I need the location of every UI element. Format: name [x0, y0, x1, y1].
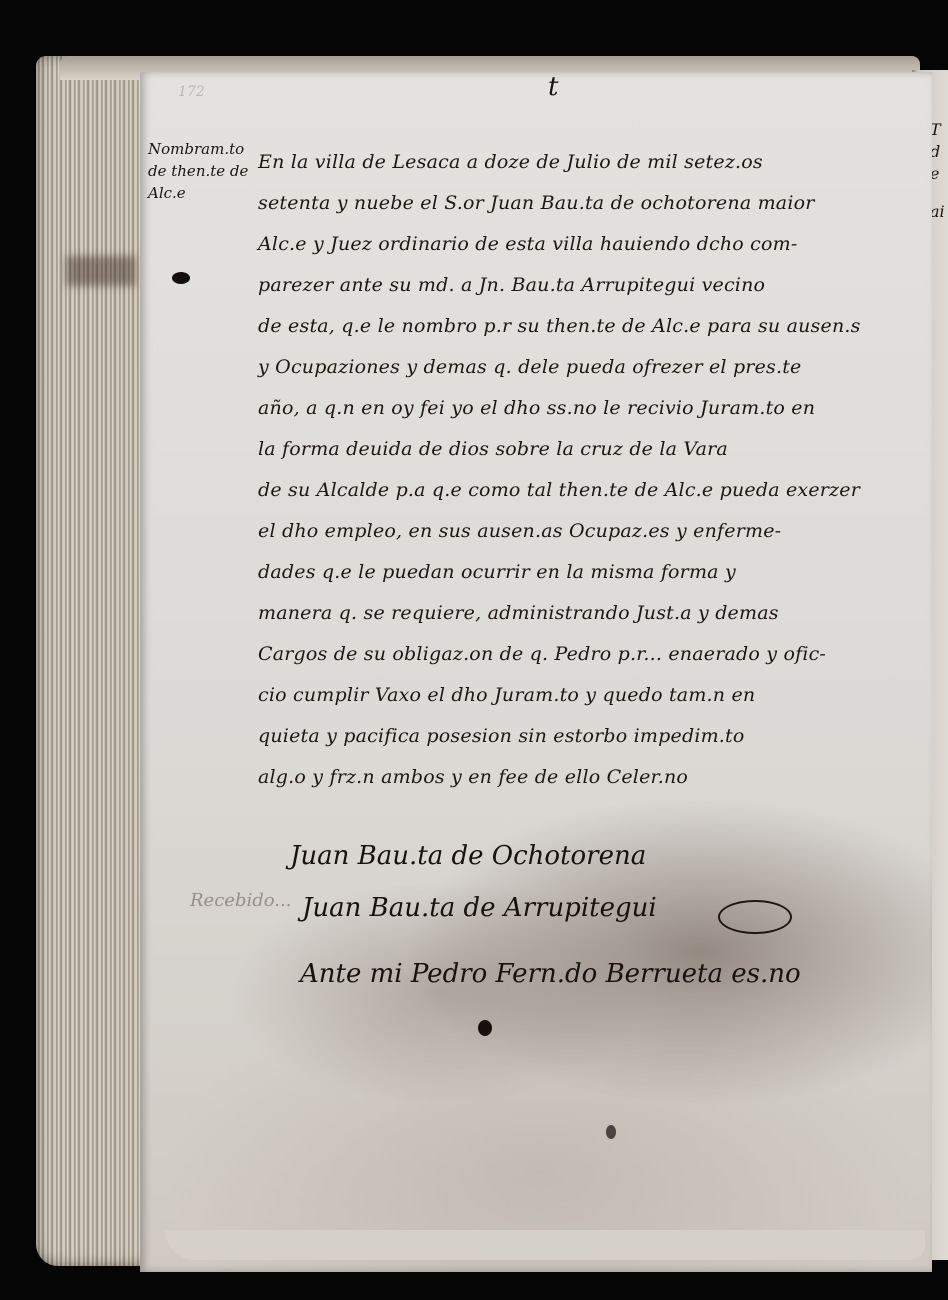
book-page-edges: [36, 56, 156, 1266]
text-line: Cargos de su obligaz.on de q. Pedro p.r.…: [258, 634, 898, 675]
signature-alcalde: Juan Bau.ta de Ochotorena: [290, 830, 850, 882]
text-line: quieta y pacifica posesion sin estorbo i…: [258, 716, 898, 757]
text-line: En la villa de Lesaca a doze de Julio de…: [258, 142, 898, 183]
text-line: alg.o y frz.n ambos y en fee de ello Cel…: [258, 757, 898, 798]
text-line: y Ocupaziones y demas q. dele pueda ofre…: [258, 347, 898, 388]
text-line: de su Alcalde p.a q.e como tal then.te d…: [258, 470, 898, 511]
margin-note: Nombram.to de then.te de Alc.e: [148, 138, 258, 204]
folio-mark: t: [548, 72, 558, 102]
margin-note-line: Nombram.to: [148, 138, 258, 160]
text-line: setenta y nuebe el S.or Juan Bau.ta de o…: [258, 183, 898, 224]
manuscript-body: En la villa de Lesaca a doze de Julio de…: [258, 142, 898, 798]
text-line: dades q.e le puedan ocurrir en la misma …: [258, 552, 898, 593]
text-line: de esta, q.e le nombro p.r su then.te de…: [258, 306, 898, 347]
text-line: año, a q.n en oy fei yo el dho ss.no le …: [258, 388, 898, 429]
leaf-bottom-curl: [165, 1230, 925, 1260]
text-line: la forma deuida de dios sobre la cruz de…: [258, 429, 898, 470]
margin-note-line: de then.te de: [148, 160, 258, 182]
text-line: cio cumplir Vaxo el dho Juram.to y quedo…: [258, 675, 898, 716]
text-line: parezer ante su md. a Jn. Bau.ta Arrupit…: [258, 265, 898, 306]
text-line: manera q. se requiere, administrando Jus…: [258, 593, 898, 634]
signature-rubric-flourish: [718, 900, 792, 934]
edge-stain: [66, 256, 136, 286]
ink-blot: [606, 1125, 616, 1139]
bleed-through-folio-number: 172: [178, 84, 205, 100]
text-line: Alc.e y Juez ordinario de esta villa hau…: [258, 224, 898, 265]
bleed-through-signature: Recebido...: [190, 890, 291, 911]
margin-note-line: Alc.e: [148, 182, 258, 204]
ink-blot: [172, 272, 190, 284]
facing-page-fragment: ai: [930, 202, 945, 221]
text-line: el dho empleo, en sus ausen.as Ocupaz.es…: [258, 511, 898, 552]
signature-escribano: Ante mi Pedro Fern.do Berrueta es.no: [290, 948, 850, 1000]
ink-blot: [478, 1020, 492, 1036]
